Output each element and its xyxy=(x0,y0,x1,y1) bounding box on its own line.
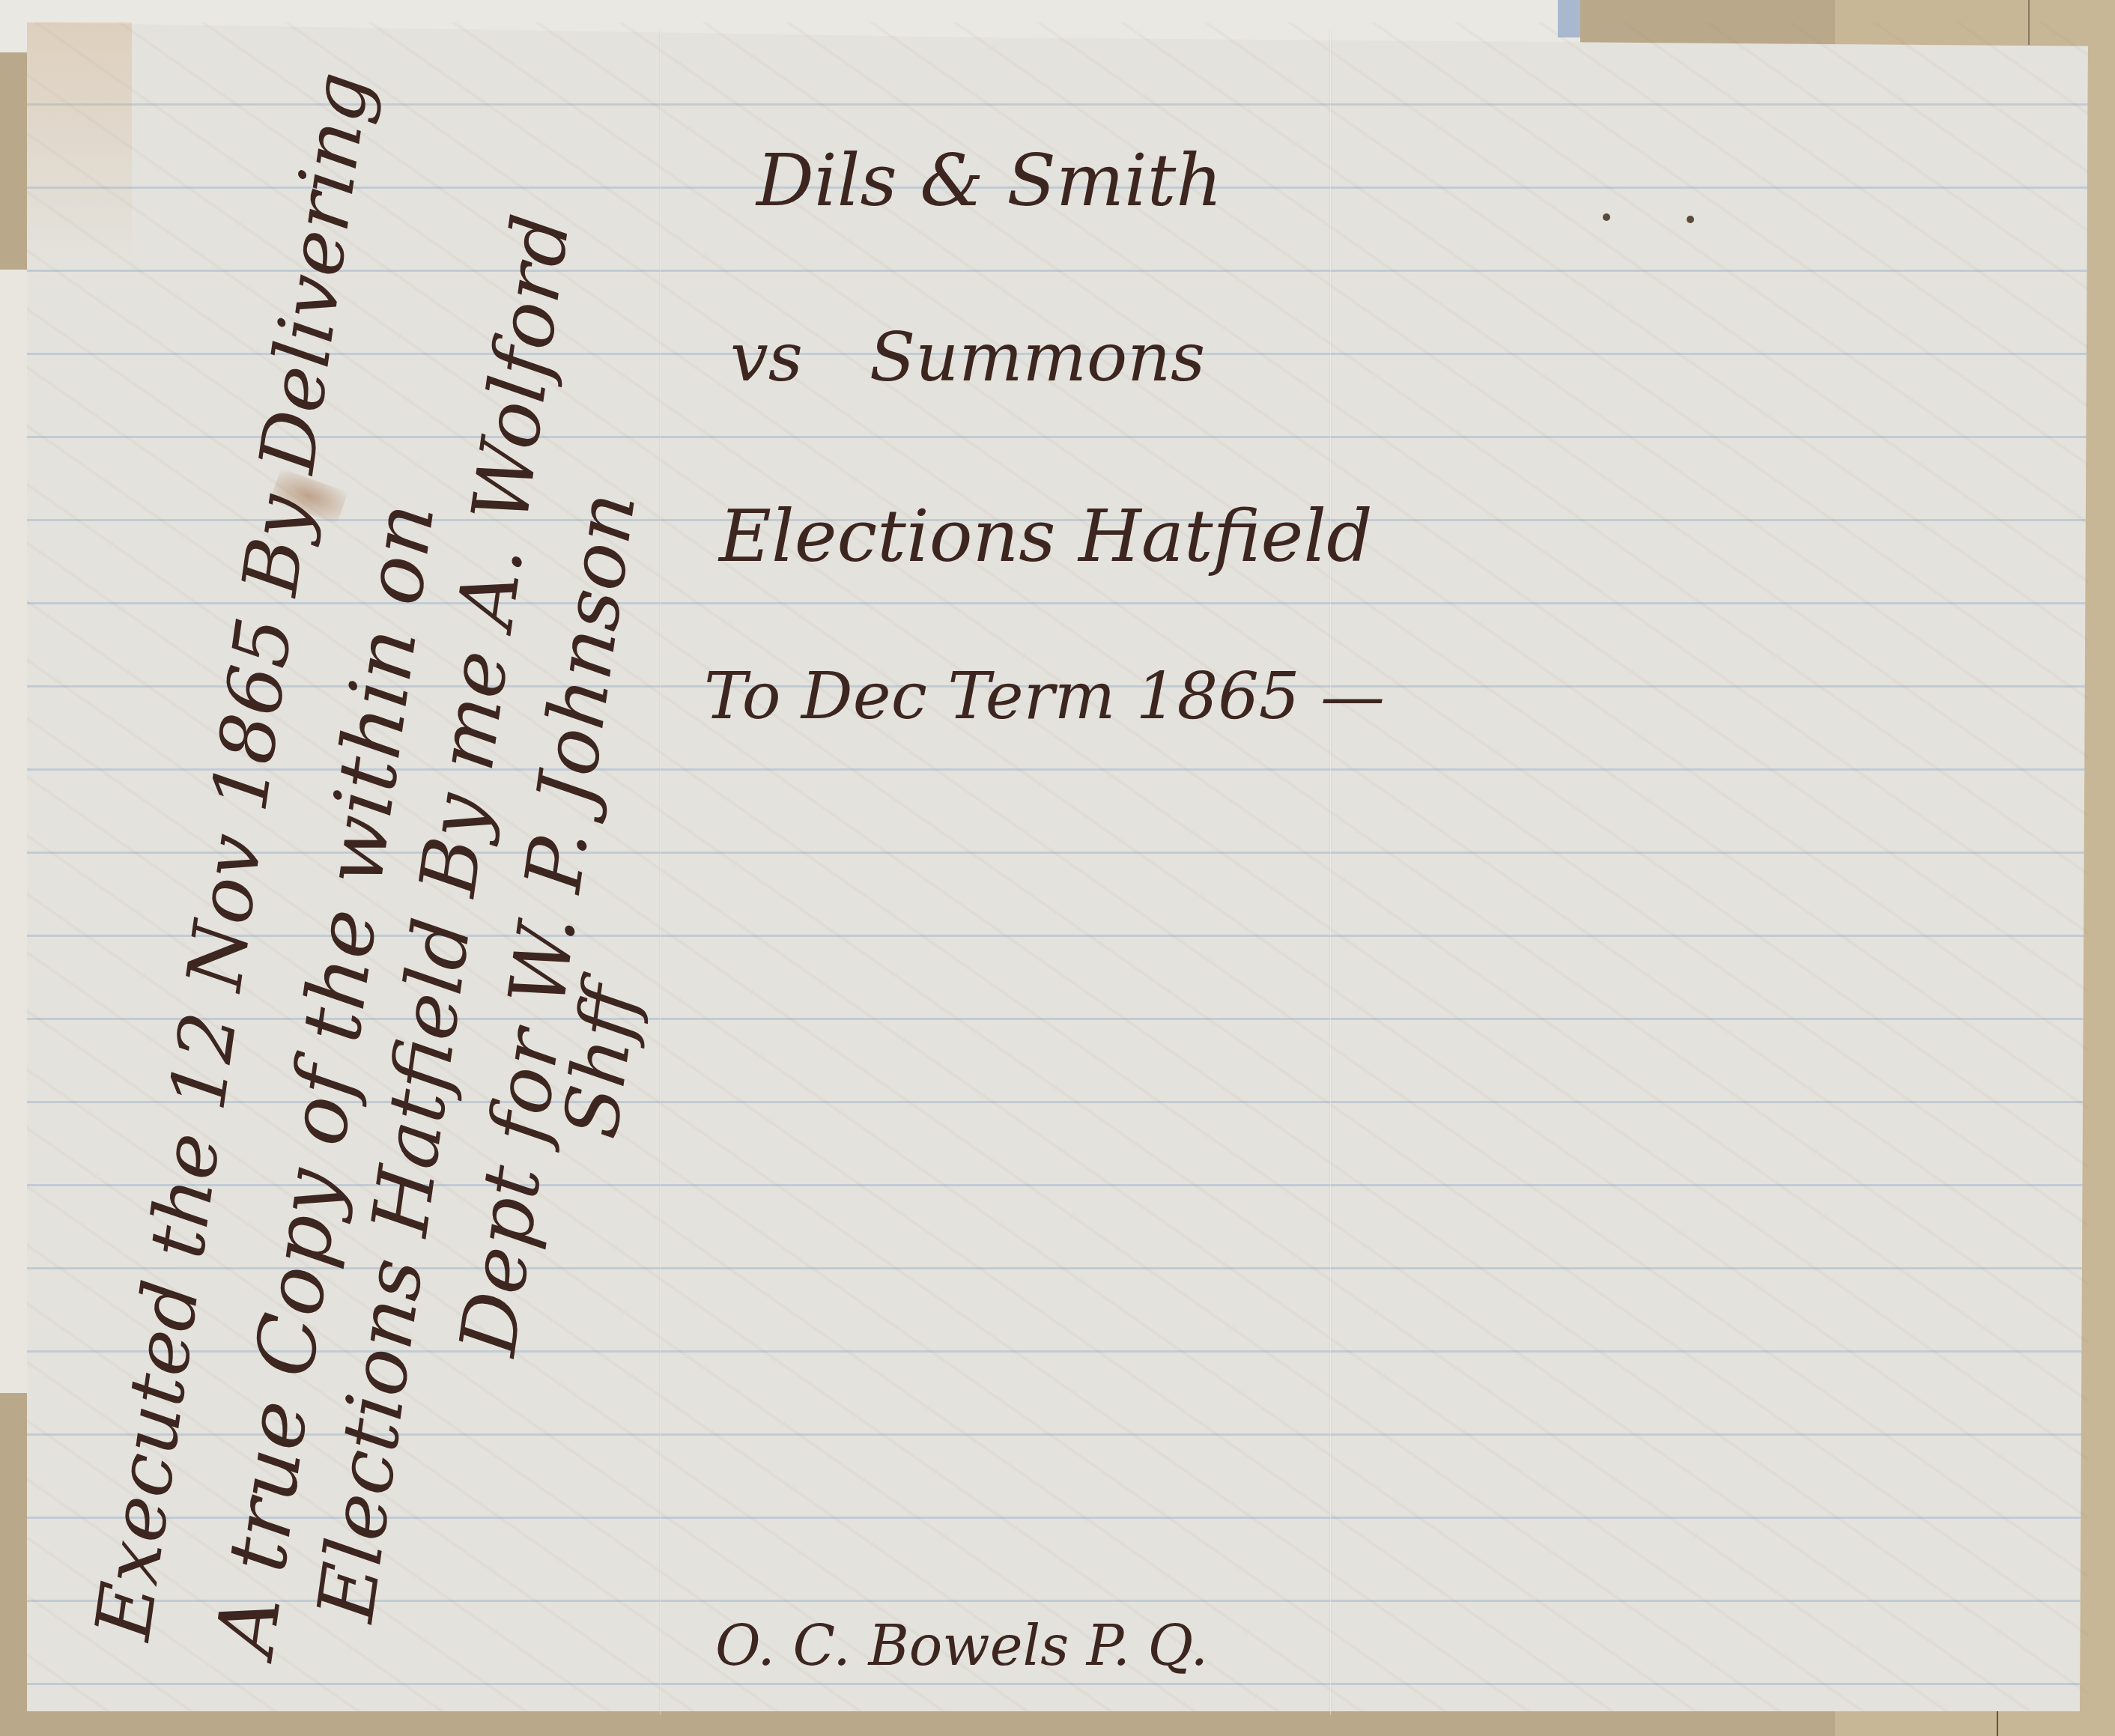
mat-edge-line xyxy=(2028,0,2030,45)
mat-bottom-line xyxy=(1997,1711,1998,1736)
clerk-signature: O. C. Bowels P. Q. xyxy=(715,1614,1208,1678)
fold-line-right xyxy=(1329,30,1332,1715)
document-type: Summons xyxy=(870,318,1206,397)
underlying-paper-blue-edge xyxy=(1558,0,1580,37)
fold-line-left xyxy=(659,30,661,1715)
paper-stain xyxy=(27,22,132,262)
pin-hole xyxy=(1687,216,1694,223)
defendant-name: Elections Hatfield xyxy=(719,494,1373,578)
pin-hole xyxy=(1603,213,1610,221)
versus-flourish: vs xyxy=(730,318,803,397)
court-term: To Dec Term 1865 — xyxy=(704,659,1385,734)
underlying-paper-left xyxy=(0,270,30,1393)
case-title: Dils & Smith xyxy=(756,139,1222,222)
docket-type: vs Summons xyxy=(730,318,1205,397)
